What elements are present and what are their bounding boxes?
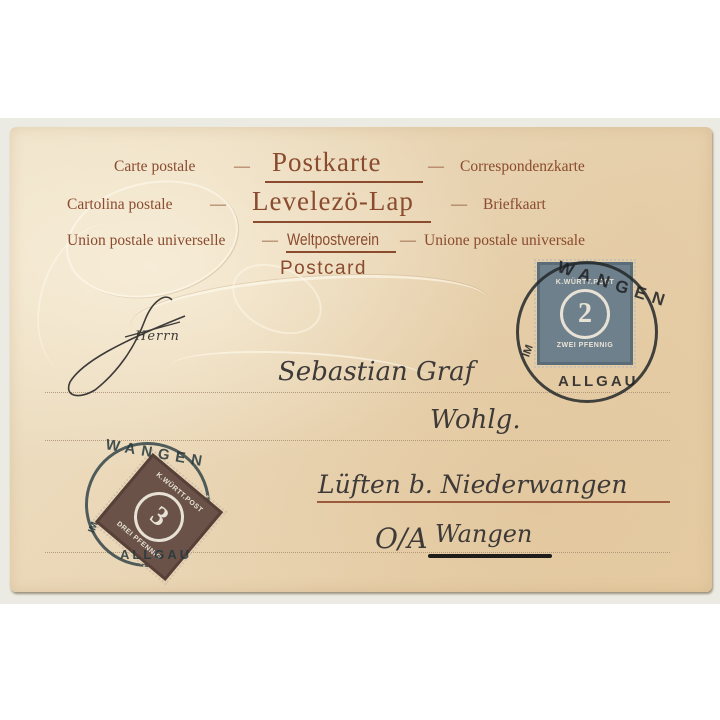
- handwritten-oa-prefix: O/A: [375, 522, 428, 555]
- header-dash: —: [262, 232, 278, 250]
- header-dash: —: [400, 232, 416, 250]
- header-underline: [265, 181, 423, 183]
- header-levelezo-lap: Levelezö-Lap: [252, 186, 414, 217]
- header-underline: [253, 221, 431, 223]
- header-unione-postale: Unione postale universale: [424, 232, 585, 250]
- postmark-bottom-text: ALLGAU: [558, 373, 639, 390]
- handwritten-salutation: Herrn: [135, 329, 180, 344]
- header-dash: —: [451, 196, 467, 214]
- town-underline: [428, 554, 552, 558]
- header-dash: —: [428, 158, 444, 176]
- header-dash: —: [234, 158, 250, 176]
- header-postkarte: Postkarte: [272, 147, 382, 178]
- header-briefkaart: Briefkaart: [483, 196, 546, 214]
- header-correspondenzkarte: Correspondenzkarte: [460, 158, 585, 176]
- header-carte-postale: Carte postale: [114, 158, 195, 176]
- handwritten-recipient-name: Sebastian Graf: [278, 357, 474, 387]
- header-cartolina-postale: Cartolina postale: [67, 196, 172, 214]
- header-underline: [286, 251, 396, 253]
- handwritten-h-flourish: [60, 292, 210, 402]
- handwritten-title: Wohlg.: [430, 405, 521, 435]
- header-union-postale: Union postale universelle: [67, 232, 225, 250]
- address-line-underlined: [317, 501, 670, 503]
- header-postcard: Postcard: [280, 258, 367, 280]
- postcard: Carte postale — Postkarte — Corresponden…: [10, 127, 712, 592]
- handwritten-locality: Lüften b. Niederwangen: [318, 470, 627, 499]
- stamp-value: 3: [143, 500, 174, 534]
- handwritten-town: Wangen: [435, 520, 532, 548]
- header-weltpostverein: Weltpostverein: [287, 230, 379, 250]
- header-dash: —: [210, 196, 226, 214]
- postmark-bottom-text: ALLGAU: [120, 547, 192, 562]
